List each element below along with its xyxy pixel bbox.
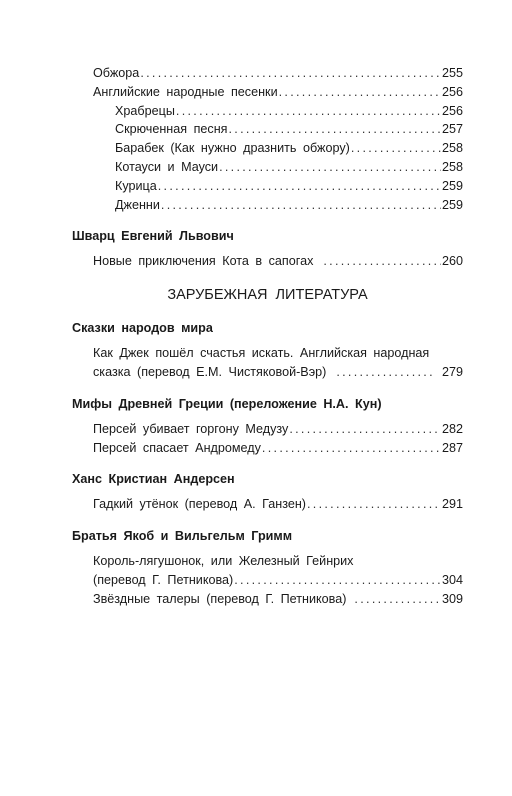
toc-entry[interactable]: Звёздные талеры (перевод Г. Петникова) 3… xyxy=(72,590,463,609)
toc-entry[interactable]: Английские народные песенки 256 xyxy=(72,83,463,102)
entry-page: 255 xyxy=(442,64,463,83)
entry-page: 257 xyxy=(442,120,463,139)
entry-page: 256 xyxy=(442,102,463,121)
entry-title: Звёздные талеры (перевод Г. Петникова) xyxy=(93,590,346,609)
entry-page: 258 xyxy=(442,158,463,177)
toc-subentry[interactable]: Барабек (Как нужно дразнить обжору) 258 xyxy=(72,139,463,158)
section-title: ЗАРУБЕЖНАЯ ЛИТЕРАТУРА xyxy=(72,285,463,305)
toc-entry[interactable]: Обжора 255 xyxy=(72,64,463,83)
dot-leader xyxy=(307,495,441,514)
entry-title: Храбрецы xyxy=(115,102,175,121)
entry-title: Курица xyxy=(115,177,157,196)
dot-leader xyxy=(354,590,441,609)
entry-page: 256 xyxy=(442,83,463,102)
dot-leader xyxy=(161,196,441,215)
toc-subentry[interactable]: Храбрецы 256 xyxy=(72,102,463,121)
author-heading: Мифы Древней Греции (переложение Н.А. Ку… xyxy=(72,395,463,413)
dot-leader xyxy=(219,158,441,177)
entry-title: Скрюченная песня xyxy=(115,120,227,139)
dot-leader xyxy=(140,64,441,83)
toc-entry[interactable]: Новые приключения Кота в сапогах 260 xyxy=(72,252,463,271)
entry-page: 259 xyxy=(442,196,463,215)
author-heading: Ханс Кристиан Андерсен xyxy=(72,470,463,488)
toc-entry[interactable]: Персей спасает Андромеду 287 xyxy=(72,439,463,458)
entry-title: Гадкий утёнок (перевод А. Ганзен) xyxy=(93,495,306,514)
entry-page: 279 xyxy=(442,363,463,382)
entry-title: (перевод Г. Петникова) xyxy=(93,571,233,590)
entry-page: 287 xyxy=(442,439,463,458)
author-heading: Сказки народов мира xyxy=(72,319,463,337)
entry-page: 259 xyxy=(442,177,463,196)
toc-subentry[interactable]: Дженни 259 xyxy=(72,196,463,215)
dot-leader xyxy=(228,120,441,139)
toc-subentry[interactable]: Курица 259 xyxy=(72,177,463,196)
entry-title: Обжора xyxy=(93,64,139,83)
dot-leader xyxy=(176,102,441,121)
toc-subentry[interactable]: Скрюченная песня 257 xyxy=(72,120,463,139)
dot-leader xyxy=(289,420,441,439)
entry-title: Дженни xyxy=(115,196,160,215)
toc-entry[interactable]: сказка (перевод Е.М. Чистяковой-Вэр) 279 xyxy=(72,363,463,382)
entry-title-line[interactable]: Как Джек пошёл счастья искать. Английска… xyxy=(72,344,463,363)
dot-leader xyxy=(323,252,441,271)
entry-title: Новые приключения Кота в сапогах xyxy=(93,252,313,271)
entry-page: 309 xyxy=(442,590,463,609)
entry-title: Английские народные песенки xyxy=(93,83,278,102)
entry-title: сказка (перевод Е.М. Чистяковой-Вэр) xyxy=(93,363,326,382)
entry-title: Персей спасает Андромеду xyxy=(93,439,261,458)
dot-leader xyxy=(336,363,432,382)
dot-leader xyxy=(234,571,441,590)
dot-leader xyxy=(262,439,441,458)
dot-leader xyxy=(279,83,441,102)
entry-page: 258 xyxy=(442,139,463,158)
table-of-contents: Обжора 255 Английские народные песенки 2… xyxy=(72,64,463,609)
entry-title: Барабек (Как нужно дразнить обжору) xyxy=(115,139,350,158)
entry-title-line[interactable]: Король-лягушонок, или Железный Гейнрих xyxy=(72,552,463,571)
toc-entry[interactable]: Персей убивает горгону Медузу 282 xyxy=(72,420,463,439)
entry-page: 260 xyxy=(442,252,463,271)
dot-leader xyxy=(158,177,441,196)
entry-page: 304 xyxy=(442,571,463,590)
dot-leader xyxy=(351,139,441,158)
entry-page: 282 xyxy=(442,420,463,439)
entry-title: Котауси и Мауси xyxy=(115,158,218,177)
toc-entry[interactable]: (перевод Г. Петникова) 304 xyxy=(72,571,463,590)
toc-entry[interactable]: Гадкий утёнок (перевод А. Ганзен) 291 xyxy=(72,495,463,514)
author-heading: Шварц Евгений Львович xyxy=(72,227,463,245)
author-heading: Братья Якоб и Вильгельм Гримм xyxy=(72,527,463,545)
entry-title: Персей убивает горгону Медузу xyxy=(93,420,288,439)
toc-subentry[interactable]: Котауси и Мауси 258 xyxy=(72,158,463,177)
entry-page: 291 xyxy=(442,495,463,514)
